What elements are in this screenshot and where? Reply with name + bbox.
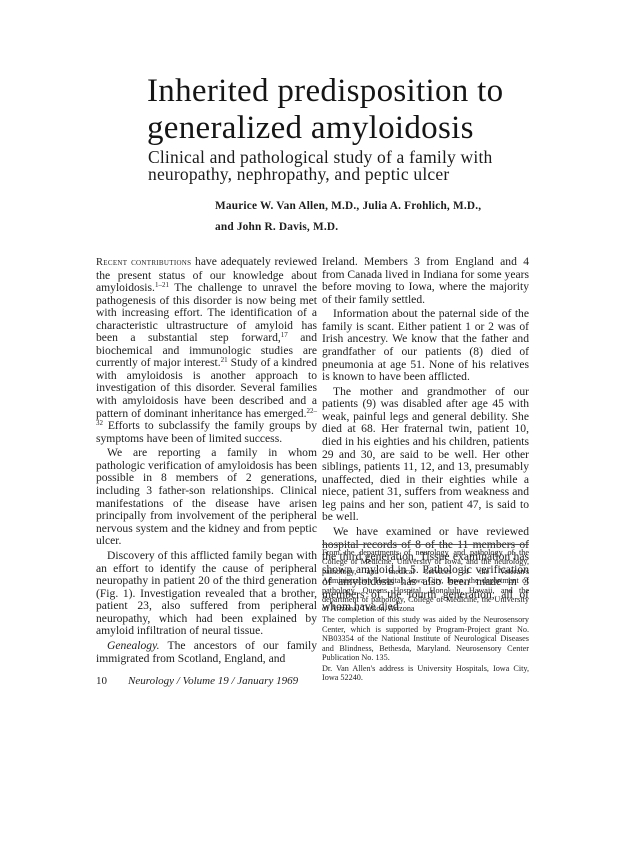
paragraph-paternal: Information about the paternal side of t… [322,308,529,383]
authors-line-1: Maurice W. Van Allen, M.D., Julia A. Fro… [215,196,481,217]
paragraph-maternal: The mother and grandmother of our patien… [322,386,529,524]
paragraph-intro: Recent contributions have adequately rev… [96,256,317,445]
citation-ref: 21 [221,356,228,364]
journal-citation: Neurology / Volume 19 / January 1969 [128,675,298,687]
paragraph-discovery: Discovery of this afflicted family began… [96,550,317,638]
page-footer: 10Neurology / Volume 19 / January 1969 [96,675,298,687]
section-heading-genealogy: Genealogy. [107,639,159,652]
footnote-funding: The completion of this study was aided b… [322,615,529,662]
page-number: 10 [96,675,128,687]
subtitle-line-2: neuropathy, nephropathy, and peptic ulce… [148,166,492,183]
citation-ref: 1–21 [155,281,169,289]
footnote-divider [322,544,529,545]
author-list: Maurice W. Van Allen, M.D., Julia A. Fro… [215,196,481,237]
footnote-address: Dr. Van Allen's address is University Ho… [322,664,529,683]
article-title: Inherited predisposition to generalized … [147,73,503,147]
paragraph-report: We are reporting a family in whom pathol… [96,447,317,547]
title-line-2: generalized amyloidosis [147,110,503,147]
article-subtitle: Clinical and pathological study of a fam… [148,149,492,183]
paragraph-genealogy-continued: Ireland. Members 3 from England and 4 fr… [322,256,529,306]
footnotes: From the departments of neurology and pa… [322,548,529,684]
title-line-1: Inherited predisposition to [147,73,503,110]
citation-ref: 17 [281,331,288,339]
body-column-left: Recent contributions have adequately rev… [96,256,317,665]
footnote-affiliation: From the departments of neurology and pa… [322,548,529,614]
lead-in-small-caps: Recent contributions [96,257,191,268]
paragraph-genealogy: Genealogy. The ancestors of our family i… [96,640,317,665]
authors-line-2: and John R. Davis, M.D. [215,217,481,238]
